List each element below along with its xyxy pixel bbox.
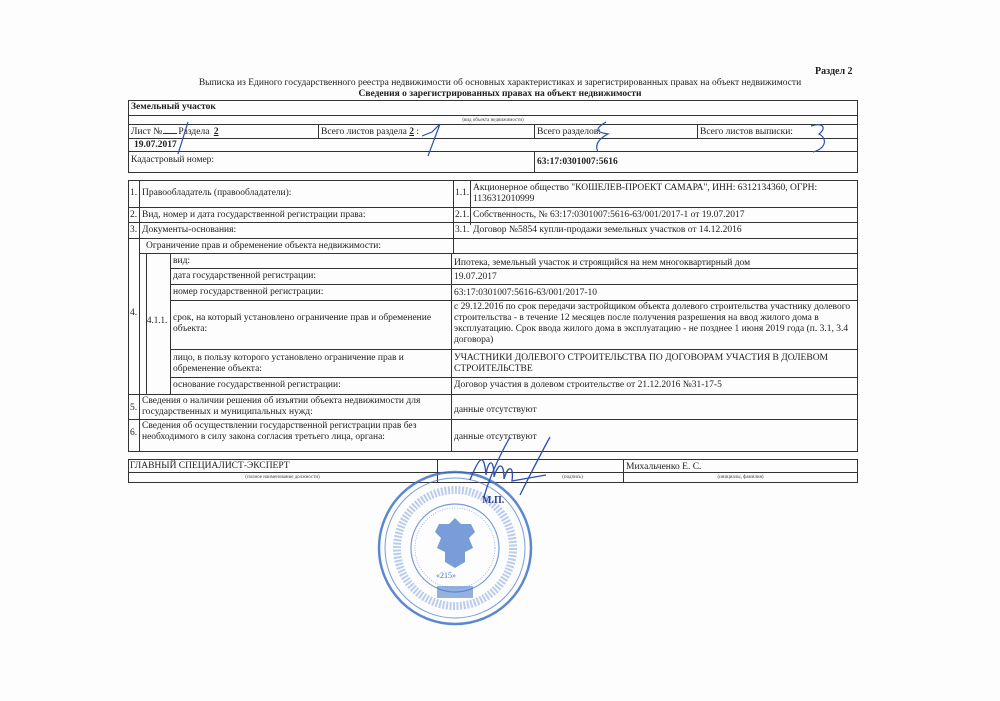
section-label: Раздел 2 [815,66,853,77]
total-sections-label: Всего разделов: [537,127,601,138]
row-3-sub: 3.1. [455,225,469,236]
row-6-num: 6. [130,428,137,439]
document-subtitle: Сведения о зарегистрированных правах на … [0,89,1000,100]
colon: : [416,127,419,137]
total-sheets-section-label: Всего листов раздела [321,127,407,137]
extract-date: 19.07.2017 [134,140,177,151]
cadastral-label: Кадастровый номер: [131,155,214,166]
enc-basis-value: Договор участия в долевом строительстве … [454,380,722,391]
row-3-num: 3. [130,225,137,236]
stamp-mark: М.П. [482,495,504,506]
signature-caption: (подпись) [437,475,623,481]
section-text: Раздела [178,127,209,137]
row-4-num: 4. [130,308,137,319]
sheet-no-text: Лист № [131,127,162,137]
total-sheets-extract-label: Всего листов выписки: [700,127,793,138]
row-4-title: Ограничение прав и обременение объекта н… [146,241,381,252]
row-5-value: данные отсутствуют [454,405,537,416]
row-6-value: данные отсутствуют [454,432,537,443]
official-position: ГЛАВНЫЙ СПЕЦИАЛИСТ-ЭКСПЕРТ [130,461,290,472]
cadastral-number: 63:17:0301007:5616 [537,157,618,168]
row-1-label: Правообладатель (правообладатели): [142,188,291,199]
document-title: Выписка из Единого государственного реес… [0,78,1000,89]
row-3-value: Договор №5854 купли-продажи земельных уч… [473,225,742,236]
enc-type-label: вид: [173,256,190,267]
official-stamp-icon [375,468,535,628]
enc-beneficiary-label: лицо, в пользу которого установлено огра… [173,353,448,375]
enc-basis-label: основание государственной регистрации: [173,380,341,391]
row-2-sub: 2.1. [455,210,469,221]
position-caption: (полное наименование должности) [128,475,437,481]
row-1-value: Акционерное общество "КОШЕЛЕВ-ПРОЕКТ САМ… [473,183,853,205]
enc-reg-date-value: 19.07.2017 [454,272,497,283]
row-2-value: Собственность, № 63:17:0301007:5616-63/0… [473,210,745,221]
object-type: Земельный участок [131,102,216,113]
row-1-sub: 1.1. [455,188,469,199]
row-2-num: 2. [130,210,137,221]
enc-reg-number-value: 63:17:0301007:5616-63/001/2017-10 [454,288,597,299]
enc-beneficiary-value: УЧАСТНИКИ ДОЛЕВОГО СТРОИТЕЛЬСТВА ПО ДОГО… [454,353,844,375]
row-3-label: Документы-основания: [142,225,236,236]
enc-reg-date-label: дата государственной регистрации: [173,271,316,282]
document-title-text: Выписка из Единого государственного реес… [199,78,801,88]
official-name: Михальченко Е. С. [626,462,701,473]
stamp-number: «215» [436,570,456,581]
enc-reg-number-label: номер государственной регистрации: [173,287,323,298]
row-5-num: 5. [130,403,137,414]
total-sheets-section: Всего листов раздела 2 : [321,127,419,138]
name-caption: (инициалы, фамилия) [623,475,858,481]
row-4-sub: 4.1.1. [147,315,167,326]
row-6-label: Сведения об осуществлении государственно… [142,421,452,443]
enc-term-label: срок, на который установлено ограничение… [173,313,448,335]
sheet-no-label: Лист №Раздела 2 [131,127,219,138]
total-sheets-section-value: 2 [409,127,414,137]
row-2-label: Вид, номер и дата государственной регист… [142,210,366,221]
enc-term-value: с 29.12.2016 по срок передачи застройщик… [454,302,854,346]
row-5-label: Сведения о наличии решения об изъятии об… [142,396,452,418]
section-value: 2 [214,127,219,137]
row-1-num: 1. [130,188,137,199]
